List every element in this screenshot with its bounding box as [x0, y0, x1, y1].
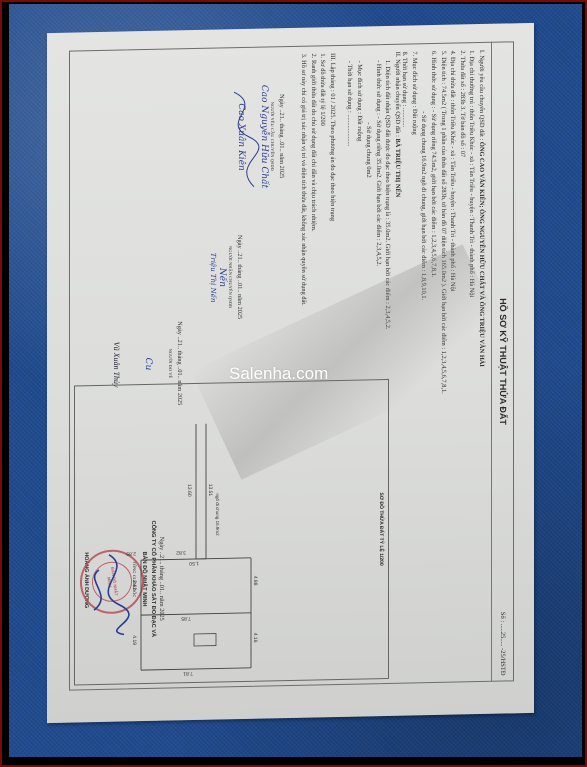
recipient-sign-date: Ngày ..21.. tháng ..01.. năm 2025 [235, 217, 244, 337]
svg-text:7.81: 7.81 [183, 670, 193, 676]
svg-text:3.62: 3.62 [131, 580, 137, 590]
svg-text:3.82: 3.82 [176, 549, 186, 555]
requester-signature-icon [204, 86, 274, 197]
photo-frame: HỒ SƠ KỸ THUẬT THỬA ĐẤT Số : .....25....… [0, 0, 587, 767]
recipient-signature-2: Triệu Thị Nến [208, 218, 217, 338]
recipient-signature-block: Ngày ..21.. tháng ..01.. năm 2025 NGƯỜI … [208, 217, 244, 338]
notes-item: 2. Ranh giới thửa đất do chủ sử dụng đất… [308, 53, 318, 305]
svg-text:2.85: 2.85 [126, 550, 136, 556]
svg-text:13.51: 13.51 [207, 484, 213, 497]
svg-text:4.19: 4.19 [131, 635, 137, 645]
notes-item: 1. Sơ đồ thửa đất tỷ lệ 1/200 [318, 53, 328, 305]
notes-item: 3. Hồ sơ này chỉ có giá trị xác nhận vị … [299, 54, 309, 306]
svg-text:13.60: 13.60 [186, 484, 192, 497]
recipient-label: II. Người nhận chuyển QSD đất : [394, 52, 401, 137]
recipient-signature-1: Nến [217, 217, 226, 337]
recipient-sign-role: NGƯỜI NHẬN CHUYỂN QSDĐ [226, 217, 235, 337]
svg-text:7.85: 7.85 [181, 615, 191, 621]
svg-text:ngõ đi chung 16.9m2: ngõ đi chung 16.9m2 [215, 493, 220, 536]
document-number: Số : .....25..... -25/HSTĐ [499, 612, 506, 676]
watermark: Salenha.com [229, 364, 328, 384]
recipient-value: BÀ TRIỆU THỊ NẾN [394, 138, 401, 197]
recipient-item: - Mục đích sử dụng : Đất ruộng [354, 52, 364, 330]
section-notes: III. Lập tháng : 01 / 2025. Theo phương … [299, 53, 337, 306]
svg-text:4.88: 4.88 [252, 576, 258, 586]
notes-item: III. Lập tháng : 01 / 2025. Theo phương … [327, 53, 337, 305]
recipient-item: - Thời hạn sử dụng : ...................… [344, 53, 354, 331]
parcel-map-title: SƠ ĐỒ THỬA ĐẤT TỶ LỆ 1/200 [378, 380, 384, 678]
svg-text:4.16: 4.16 [252, 633, 258, 643]
document-title: HỒ SƠ KỸ THUẬT THỬA ĐẤT [498, 41, 508, 681]
requester-sign-date: Ngày ..21.. tháng ..01.. năm 2025 [277, 76, 286, 196]
svg-text:1.50: 1.50 [189, 560, 199, 566]
requester-label: I. Người yêu cầu chuyển QSD đất : [478, 50, 485, 140]
